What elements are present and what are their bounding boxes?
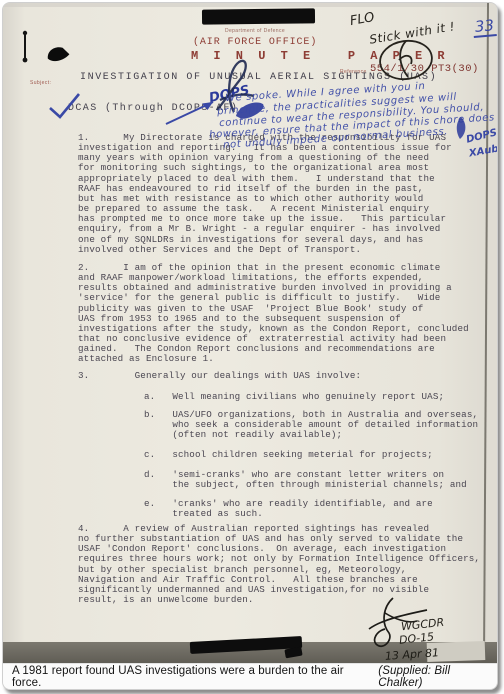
document-scan: Department of Defence (AIR FORCE OFFICE)… <box>3 3 497 663</box>
list-item-c: c. school children seeking meterial for … <box>144 450 433 460</box>
paragraph-2: 2. I am of the opinion that in the prese… <box>78 263 469 365</box>
ink-blot <box>42 40 74 68</box>
margin-bracket-mark <box>19 29 33 65</box>
scanned-document-figure: Department of Defence (AIR FORCE OFFICE)… <box>2 2 498 690</box>
blue-tick-mark <box>47 91 83 121</box>
list-item-b: b. UAS/UFO organizations, both in Austra… <box>144 410 478 440</box>
list-item-a: a. Well meaning civilians who genuinely … <box>144 392 444 402</box>
blue-arrow-mark <box>163 95 223 127</box>
caption-text: A 1981 report found UAS investigations w… <box>12 665 374 689</box>
paragraph-3-intro: 3. Generally our dealings with UAS invol… <box>78 371 361 381</box>
redaction-bar-top <box>202 8 315 24</box>
image-caption: A 1981 report found UAS investigations w… <box>3 663 497 689</box>
circled-initial-mark <box>375 33 437 85</box>
paragraph-1: 1. My Directorate is charged with the re… <box>78 133 452 255</box>
handwritten-flo: FLO <box>349 10 376 29</box>
subject-label: Subject: <box>30 80 51 86</box>
handwritten-page-number: 33 <box>472 16 497 38</box>
list-item-d: d. 'semi-cranks' who are constant letter… <box>144 470 467 490</box>
caption-credit: (Supplied: Bill Chalker) <box>378 665 497 689</box>
office-name: (AIR FORCE OFFICE) <box>193 37 317 48</box>
scan-background-strip <box>487 3 497 663</box>
list-item-e: e. 'cranks' who are readily identifiable… <box>144 499 433 519</box>
